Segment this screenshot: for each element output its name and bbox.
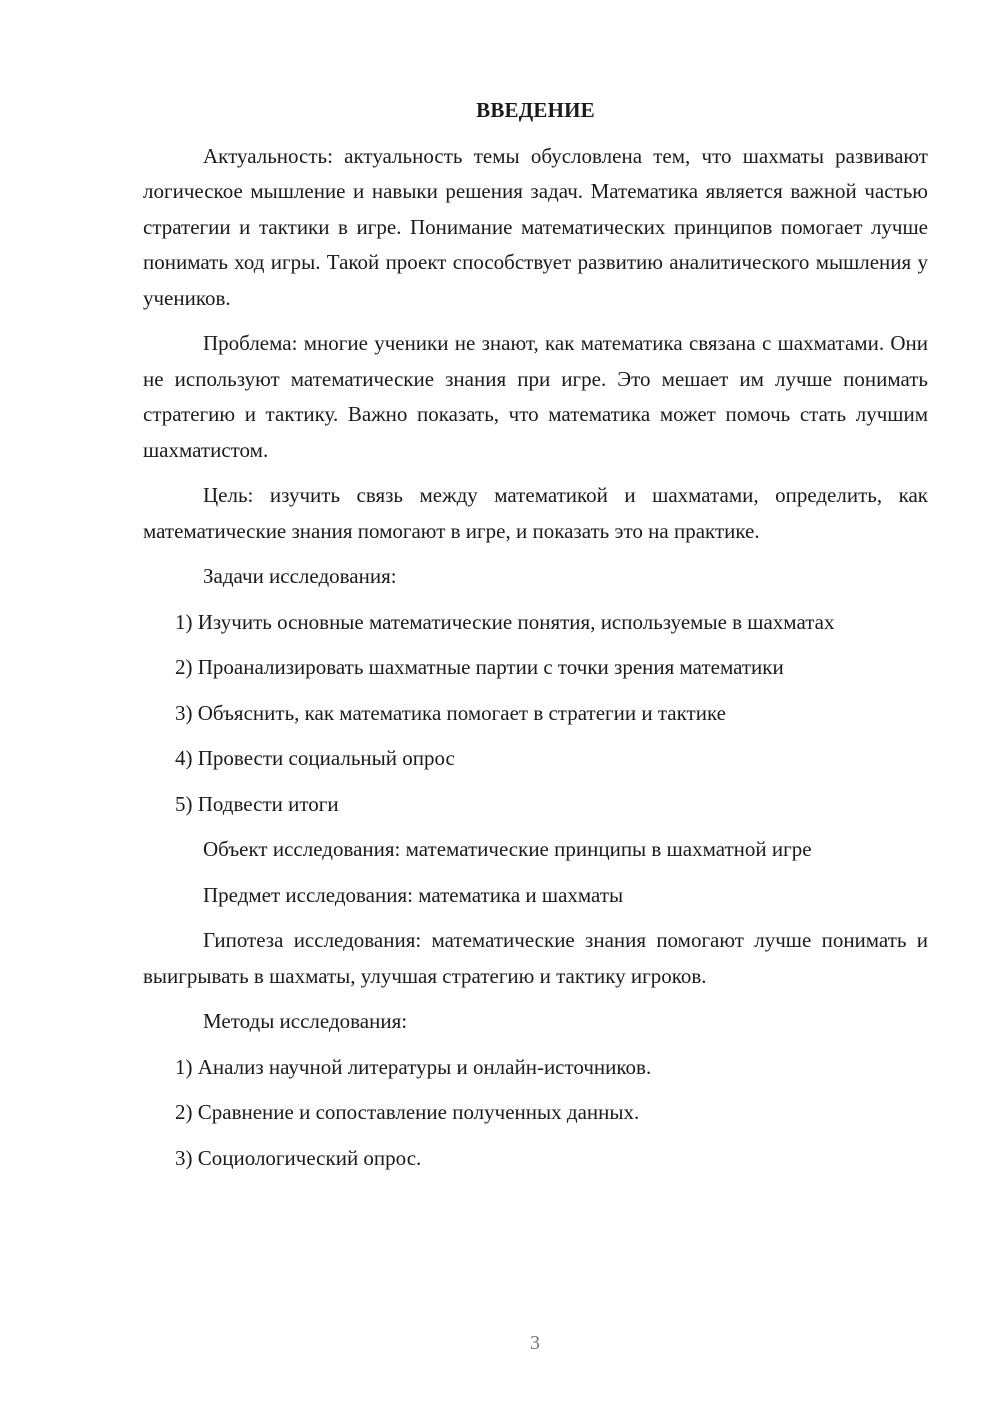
task-item: 4) Провести социальный опрос <box>143 741 928 777</box>
research-hypothesis: Гипотеза исследования: математические зн… <box>143 923 928 994</box>
task-item: 1) Изучить основные математические понят… <box>143 605 928 641</box>
research-object: Объект исследования: математические прин… <box>143 832 928 868</box>
page-content: ВВЕДЕНИЕ Актуальность: актуальность темы… <box>143 93 928 1186</box>
methods-heading: Методы исследования: <box>143 1004 928 1040</box>
task-item: 2) Проанализировать шахматные партии с т… <box>143 650 928 686</box>
section-title: ВВЕДЕНИЕ <box>143 93 928 129</box>
document-page: ВВЕДЕНИЕ Актуальность: актуальность темы… <box>0 0 1000 1414</box>
paragraph-problem: Проблема: многие ученики не знают, как м… <box>143 326 928 468</box>
tasks-heading: Задачи исследования: <box>143 559 928 595</box>
tasks-list: 1) Изучить основные математические понят… <box>143 605 928 823</box>
page-number: 3 <box>0 1332 1000 1355</box>
method-item: 1) Анализ научной литературы и онлайн-ис… <box>143 1050 928 1086</box>
paragraph-relevance: Актуальность: актуальность темы обусловл… <box>143 139 928 317</box>
method-item: 3) Социологический опрос. <box>143 1141 928 1177</box>
paragraph-goal: Цель: изучить связь между математикой и … <box>143 478 928 549</box>
task-item: 5) Подвести итоги <box>143 787 928 823</box>
research-subject: Предмет исследования: математика и шахма… <box>143 878 928 914</box>
task-item: 3) Объяснить, как математика помогает в … <box>143 696 928 732</box>
method-item: 2) Сравнение и сопоставление полученных … <box>143 1095 928 1131</box>
methods-list: 1) Анализ научной литературы и онлайн-ис… <box>143 1050 928 1177</box>
